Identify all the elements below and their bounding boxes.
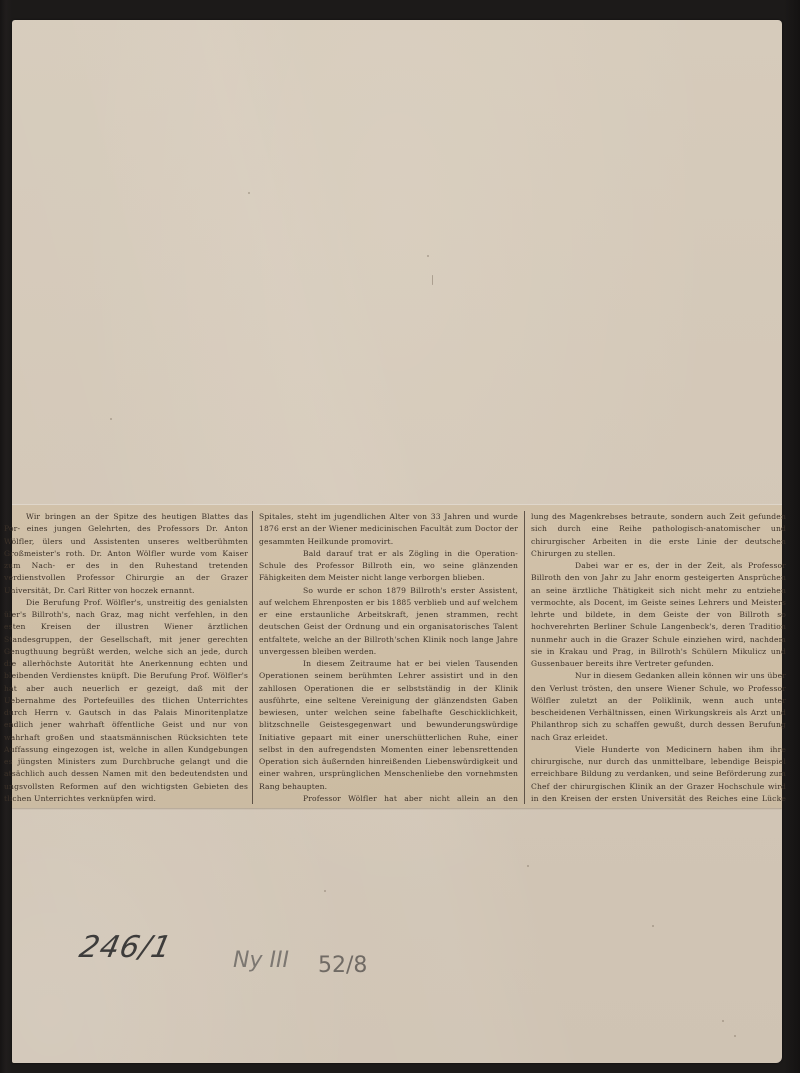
article-paragraph: So wurde er schon 1879 Billroth's erster… xyxy=(259,585,518,659)
pencil-number-annotation: 52/8 xyxy=(318,953,367,978)
article-paragraph: Spitales, steht im jugendlichen Alter vo… xyxy=(259,511,518,548)
article-paragraph: Wir bringen an der Spitze des heutigen B… xyxy=(4,511,248,597)
paper-speck xyxy=(110,418,112,420)
article-paragraph: In diesem Zeitraume hat er bei vielen Ta… xyxy=(259,658,518,793)
paper-speck xyxy=(432,275,433,285)
article-paragraph: Bald darauf trat er als Zögling in die O… xyxy=(259,548,518,585)
paper-speck xyxy=(527,865,529,867)
paper-speck xyxy=(248,192,250,194)
article-paragraph: lung des Magenkrebses betraute, sondern … xyxy=(531,511,786,560)
article-paragraph: Viele Hunderte von Medicinern haben ihm … xyxy=(531,744,786,804)
article-paragraph: Professor Wölfler hat aber nicht allein … xyxy=(259,793,518,804)
inventory-number-annotation: 246/1 xyxy=(76,930,175,965)
clipping-column-1: Wir bringen an der Spitze des heutigen B… xyxy=(4,511,252,804)
article-paragraph: Nur in diesem Gedanken allein können wir… xyxy=(531,670,786,744)
pencil-shelfmark-annotation: Ny III xyxy=(233,948,289,973)
paper-speck xyxy=(427,255,429,257)
paper-speck xyxy=(734,1035,736,1037)
paper-speck xyxy=(652,925,654,927)
paper-speck xyxy=(722,1020,724,1022)
paper-speck xyxy=(324,890,326,892)
newspaper-clipping: Wir bringen an der Spitze des heutigen B… xyxy=(12,505,782,808)
article-paragraph: Die Berufung Prof. Wölfler's, unstreitig… xyxy=(4,597,248,804)
article-paragraph: Dabei war er es, der in der Zeit, als Pr… xyxy=(531,560,786,670)
clipping-column-3: lung des Magenkrebses betraute, sondern … xyxy=(524,511,786,804)
clipping-column-2: Spitales, steht im jugendlichen Alter vo… xyxy=(252,511,524,804)
